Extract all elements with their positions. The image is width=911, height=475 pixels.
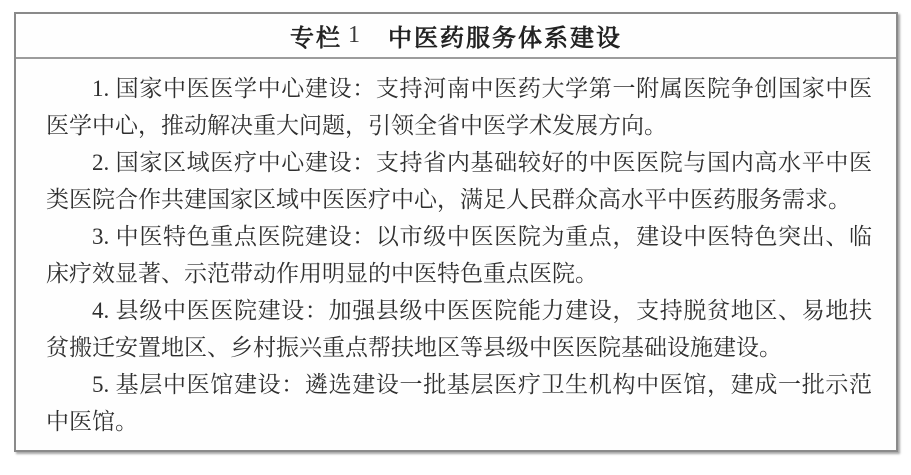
panel-title-prefix: 专栏 <box>290 18 342 53</box>
panel-title-number: 1 <box>348 22 362 49</box>
panel-item-2: 2. 国家区域医疗中心建设：支持省内基础较好的中医医院与国内高水平中医类医院合作… <box>46 144 872 218</box>
panel-item-4: 4. 县级中医医院建设：加强县级中医医院能力建设，支持脱贫地区、易地扶贫搬迁安置… <box>46 292 872 366</box>
panel-item-5: 5. 基层中医馆建设：遴选建设一批基层医疗卫生机构中医馆，建成一批示范中医馆。 <box>46 366 872 440</box>
column-panel: 专栏 1 中医药服务体系建设 1. 国家中医医学中心建设：支持河南中医药大学第一… <box>14 12 898 452</box>
panel-item-3: 3. 中医特色重点医院建设：以市级中医医院为重点，建设中医特色突出、临床疗效显著… <box>46 218 872 292</box>
panel-body: 1. 国家中医医学中心建设：支持河南中医药大学第一附属医院争创国家中医医学中心，… <box>16 59 896 440</box>
panel-item-1: 1. 国家中医医学中心建设：支持河南中医药大学第一附属医院争创国家中医医学中心，… <box>46 70 872 144</box>
panel-title: 中医药服务体系建设 <box>388 18 622 53</box>
document-page: 专栏 1 中医药服务体系建设 1. 国家中医医学中心建设：支持河南中医药大学第一… <box>0 0 911 475</box>
panel-title-bar: 专栏 1 中医药服务体系建设 <box>16 14 896 59</box>
